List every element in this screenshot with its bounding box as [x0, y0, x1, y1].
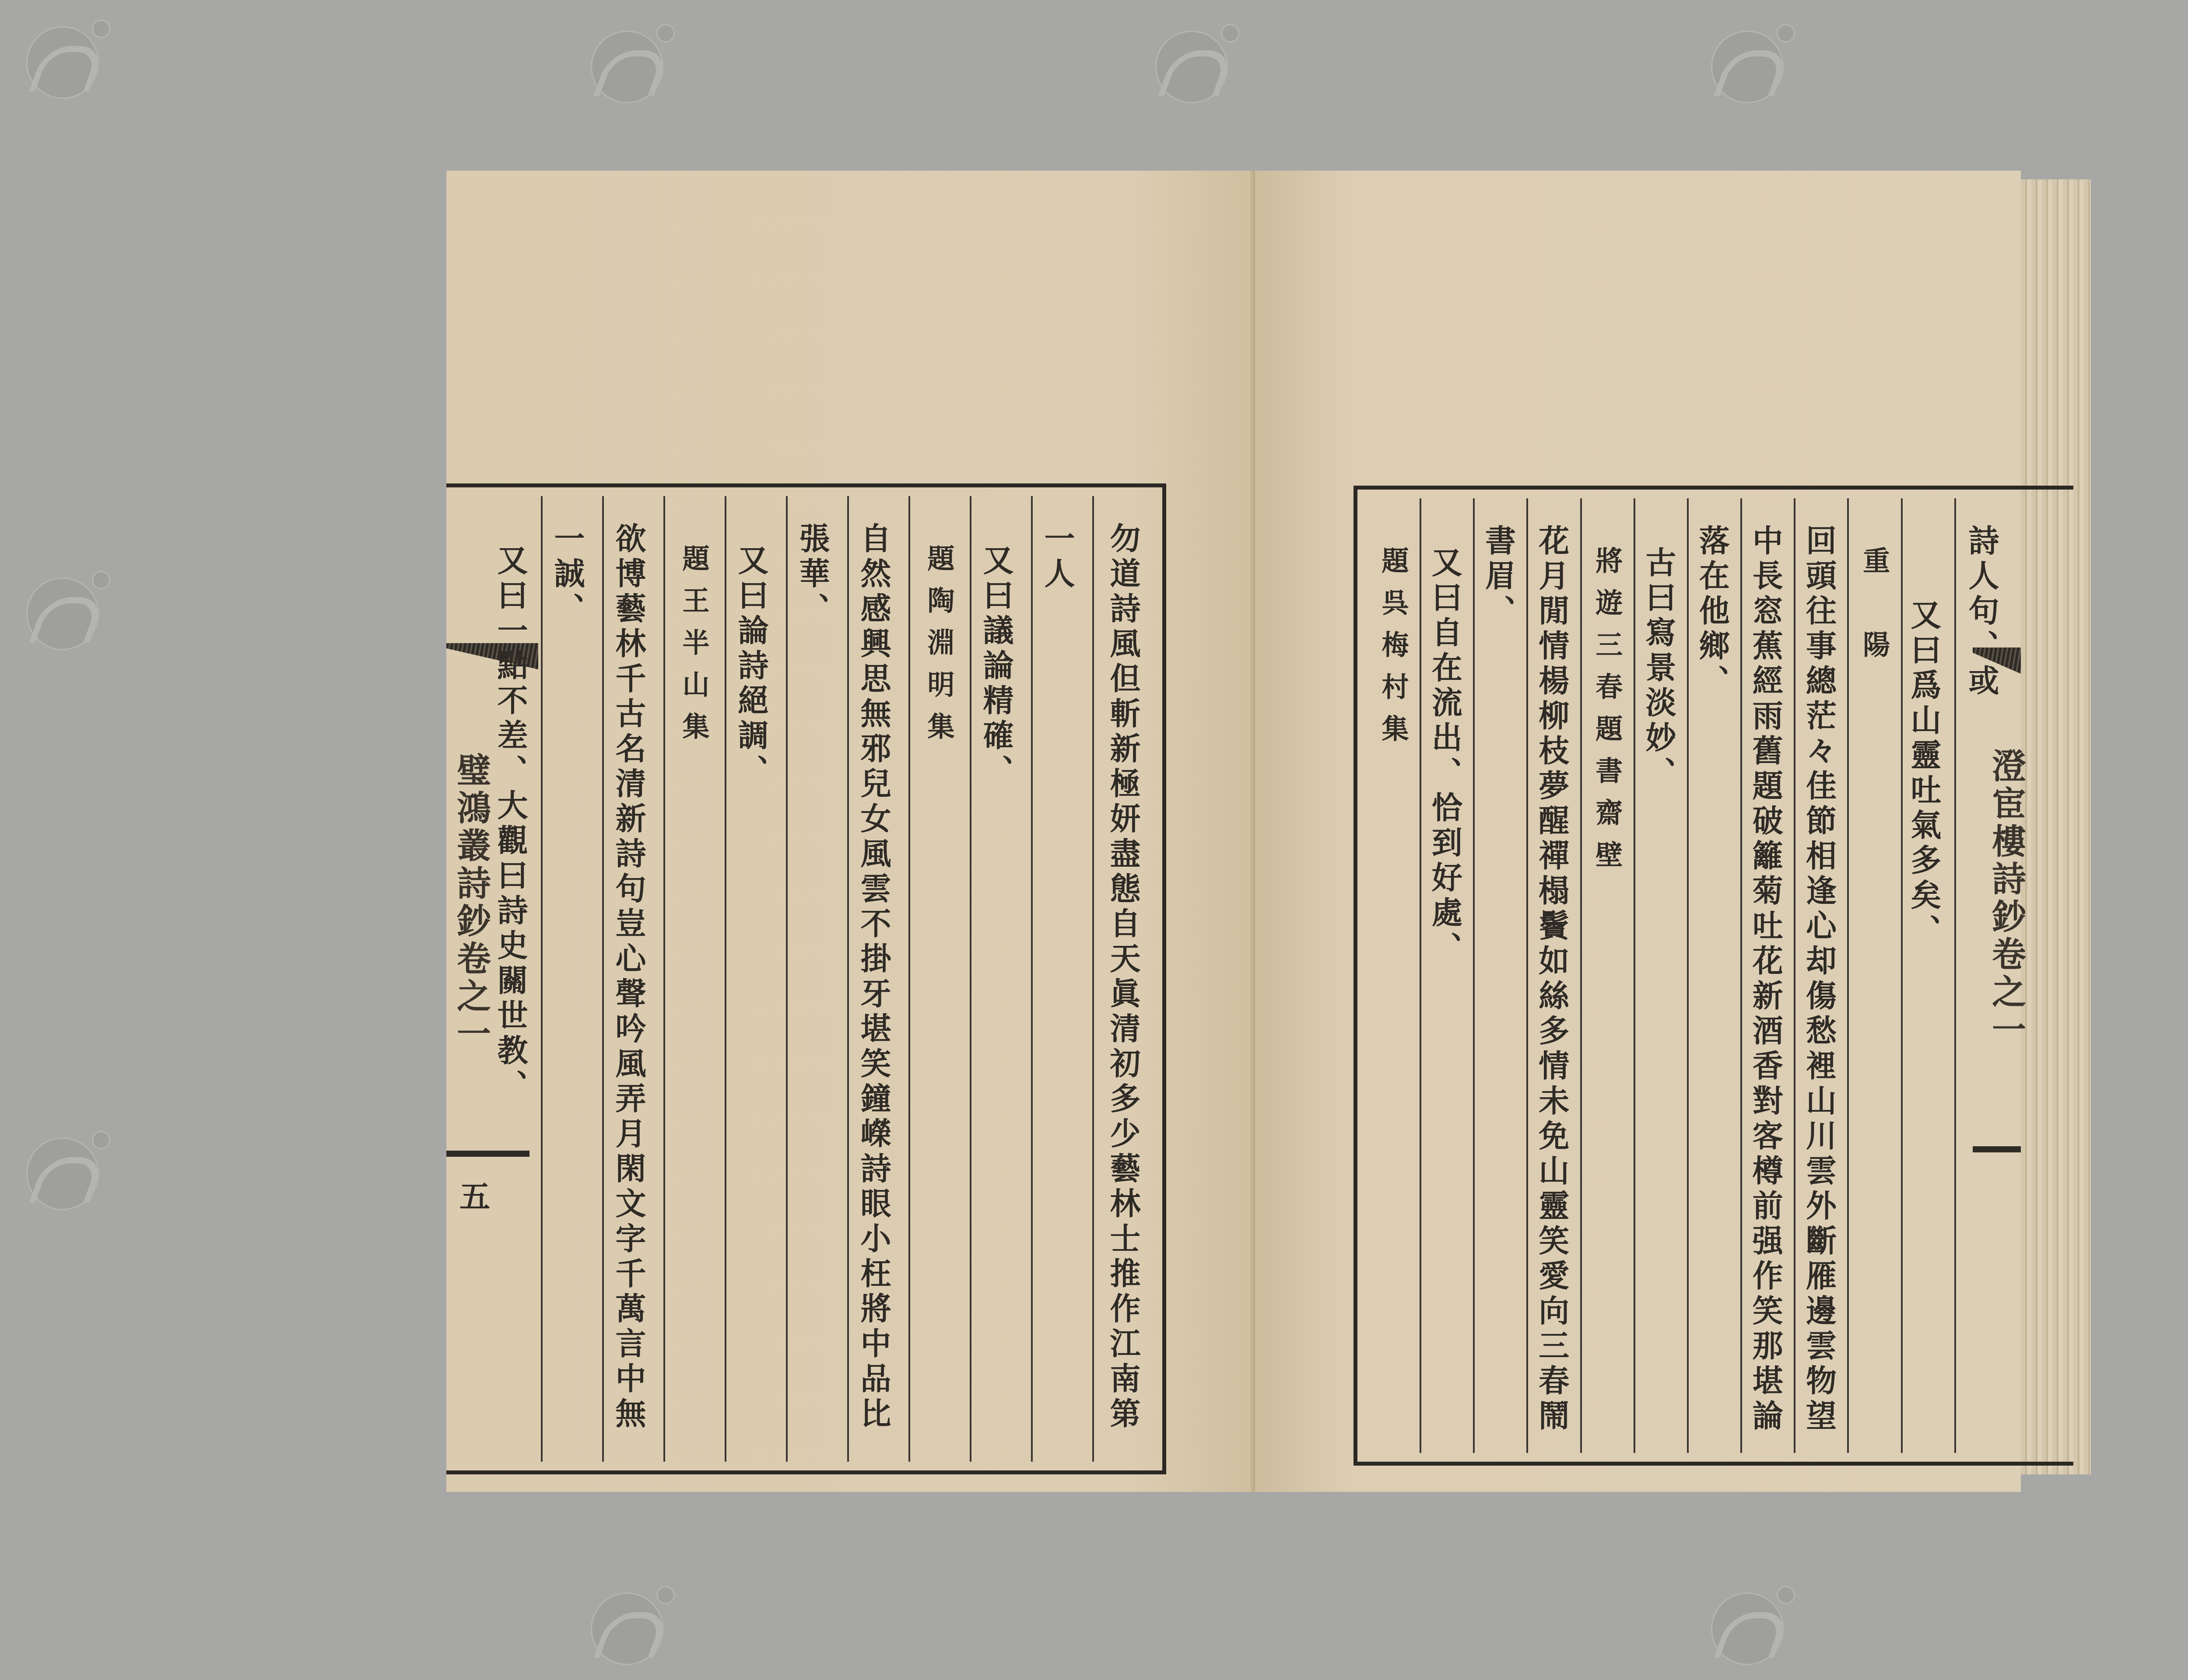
- watermark-logo-icon: [1138, 13, 1238, 114]
- watermark-logo-icon: [9, 560, 109, 661]
- watermark-logo-icon: [9, 9, 109, 109]
- text-column: 書眉、: [1473, 498, 1526, 1453]
- left-page: 璧鴻叢詩鈔卷之一 五 勿道詩風但斬新極妍盡態自天眞清初多少藝林士推作江南第 一人…: [446, 171, 1255, 1492]
- margin-bar: [1973, 1146, 2021, 1152]
- text-column: 勿道詩風但斬新極妍盡態自天眞清初多少藝林士推作江南第: [1092, 496, 1154, 1462]
- text-column: 將遊三春題書齋壁: [1580, 498, 1634, 1453]
- text-column: 又曰一點不差、大觀曰詩史關世教、: [480, 496, 541, 1462]
- text-column: 花月閒情楊柳枝夢醒禪榻鬢如絲多情未免山靈笑愛向三春鬧: [1526, 498, 1580, 1453]
- text-column: 又曰自在流出、恰到好處、: [1420, 498, 1473, 1453]
- right-text-frame: 詩人句、或 又曰爲山靈吐氣多矣、 重 陽 回頭往事總茫々佳節相逢心却傷愁裡山川雲…: [1353, 486, 2073, 1466]
- text-column: 落在他鄉、: [1687, 498, 1740, 1453]
- text-column: 回頭往事總茫々佳節相逢心却傷愁裡山川雲外斷雁邊雲物望: [1794, 498, 1847, 1453]
- text-column: 一人: [1031, 496, 1092, 1462]
- text-column: 又曰爲山靈吐氣多矣、: [1901, 498, 1954, 1453]
- text-column: 又曰論詩絕調、: [725, 496, 786, 1462]
- text-column: 古曰寫景淡妙、: [1634, 498, 1687, 1453]
- text-column: 欲博藝林千古名清新詩句豈心聲吟風弄月閑文字千萬言中無: [602, 496, 663, 1462]
- watermark-logo-icon: [1694, 13, 1794, 114]
- text-column: 重 陽: [1847, 498, 1900, 1453]
- text-column: 中長窓蕉經雨舊題破籬菊吐花新酒香對客樽前强作笑那堪論: [1740, 498, 1794, 1453]
- left-text-frame: 勿道詩風但斬新極妍盡態自天眞清初多少藝林士推作江南第 一人 又曰議論精確、 題陶…: [446, 483, 1166, 1474]
- text-column: 題陶淵明集: [908, 496, 970, 1462]
- text-column: 自然感興思無邪兒女風雲不掛牙堪笑鐘嶸詩眼小枉將中品比: [847, 496, 908, 1462]
- right-page: 詩人句、或 又曰爲山靈吐氣多矣、 重 陽 回頭往事總茫々佳節相逢心却傷愁裡山川雲…: [1255, 171, 2021, 1492]
- watermark-logo-icon: [573, 1575, 674, 1676]
- text-column: 張華、: [786, 496, 847, 1462]
- text-column: 一誠、: [541, 496, 602, 1462]
- right-margin-title: 澄宦樓詩鈔卷之一: [1981, 748, 2030, 1049]
- watermark-logo-icon: [9, 1120, 109, 1221]
- watermark-logo-icon: [573, 13, 674, 114]
- open-book: 璧鴻叢詩鈔卷之一 五 勿道詩風但斬新極妍盡態自天眞清初多少藝林士推作江南第 一人…: [446, 153, 2087, 1505]
- text-column: 題王半山集: [663, 496, 725, 1462]
- text-column: 又曰議論精確、: [970, 496, 1031, 1462]
- watermark-logo-icon: [1694, 1575, 1794, 1676]
- text-column: 題呉梅村集: [1366, 498, 1420, 1453]
